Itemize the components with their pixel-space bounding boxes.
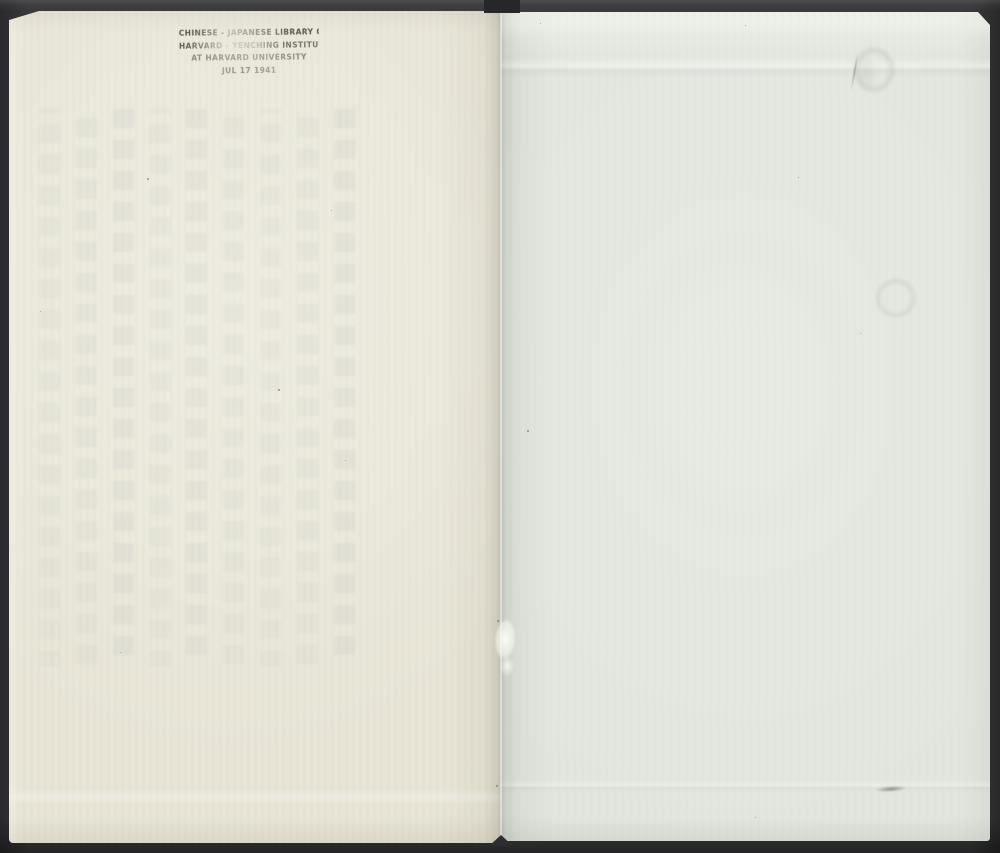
showthrough-column [113,109,134,666]
paper-crease [501,58,990,78]
paper-speck [40,311,41,312]
paper-speck [331,210,332,211]
paper-speck [147,178,149,180]
left-page: CHINESE - JAPANESE LIBRARY OF HARVARD - … [9,11,501,843]
paper-speck [745,25,746,26]
showthrough-column [260,109,281,666]
gutter-shadow-top [484,0,520,13]
paper-crease [9,789,501,805]
showthrough-column [76,109,97,666]
paper-speck [278,389,280,391]
scanned-book-spread: CHINESE - JAPANESE LIBRARY OF HARVARD - … [0,0,1000,853]
paper-speck [860,333,861,334]
paper-wrinkle [849,40,905,102]
paper-speck [540,23,541,24]
gutter-repair-patch [497,652,517,680]
pencil-mark [875,785,907,793]
paper-speck [798,177,799,178]
stamp-date: JUL 17 1941 [179,64,319,78]
showthrough-text-columns [39,109,355,666]
showthrough-column [297,109,318,666]
paper-speck [345,460,346,461]
paper-speck [527,430,529,432]
showthrough-column [187,109,208,666]
library-stamp: CHINESE - JAPANESE LIBRARY OF HARVARD - … [179,26,320,78]
paper-speck [755,817,756,818]
paper-speck [120,652,121,653]
paper-speck [497,620,499,622]
paper-speck [496,785,498,787]
showthrough-column [223,109,244,666]
showthrough-column [150,109,171,666]
paper-crease [501,780,990,792]
paper-wrinkle [850,52,860,92]
showthrough-column [334,109,355,666]
showthrough-column [39,109,60,666]
paper-wrinkle [869,272,923,324]
right-page [501,12,990,841]
